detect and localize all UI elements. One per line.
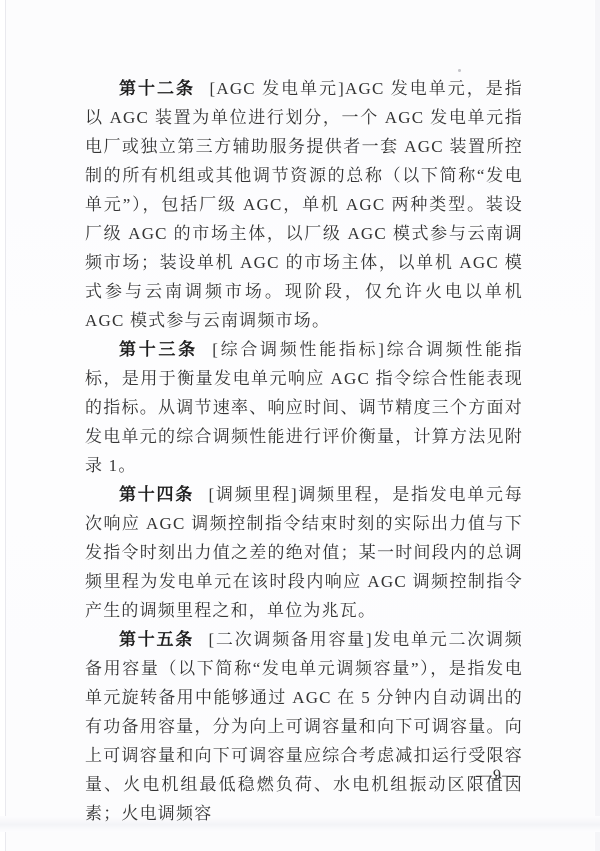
scanned-page: 第十二条[AGC 发电单元]AGC 发电单元，是指以 AGC 装置为单位进行划分… [0,0,600,851]
article-12-paragraph: 第十二条[AGC 发电单元]AGC 发电单元，是指以 AGC 装置为单位进行划分… [85,74,523,335]
article-15-paragraph: 第十五条[二次调频备用容量]发电单元二次调频备用容量（以下简称“发电单元调频容量… [85,625,523,828]
article-15-text: [二次调频备用容量]发电单元二次调频备用容量（以下简称“发电单元调频容量”），是… [85,630,523,823]
article-13-number: 第十三条 [119,340,198,359]
page-number: —9— [476,767,519,785]
article-13-text: [综合调频性能指标]综合调频性能指标，是用于衡量发电单元响应 AGC 指令综合性… [85,340,523,475]
scan-edge-left [0,0,6,851]
scan-edge-right [595,0,600,851]
article-14-text: [调频里程]调频里程，是指发电单元每次响应 AGC 调频控制指令结束时刻的实际出… [85,485,523,620]
article-14-paragraph: 第十四条[调频里程]调频里程，是指发电单元每次响应 AGC 调频控制指令结束时刻… [85,480,523,625]
document-body: 第十二条[AGC 发电单元]AGC 发电单元，是指以 AGC 装置为单位进行划分… [85,74,523,828]
article-13-paragraph: 第十三条[综合调频性能指标]综合调频性能指标，是用于衡量发电单元响应 AGC 指… [85,335,523,480]
article-15-number: 第十五条 [119,630,194,649]
article-12-text: [AGC 发电单元]AGC 发电单元，是指以 AGC 装置为单位进行划分，一个 … [85,79,523,330]
article-14-number: 第十四条 [119,485,194,504]
article-12-number: 第十二条 [119,79,195,98]
scan-speck [458,69,461,72]
